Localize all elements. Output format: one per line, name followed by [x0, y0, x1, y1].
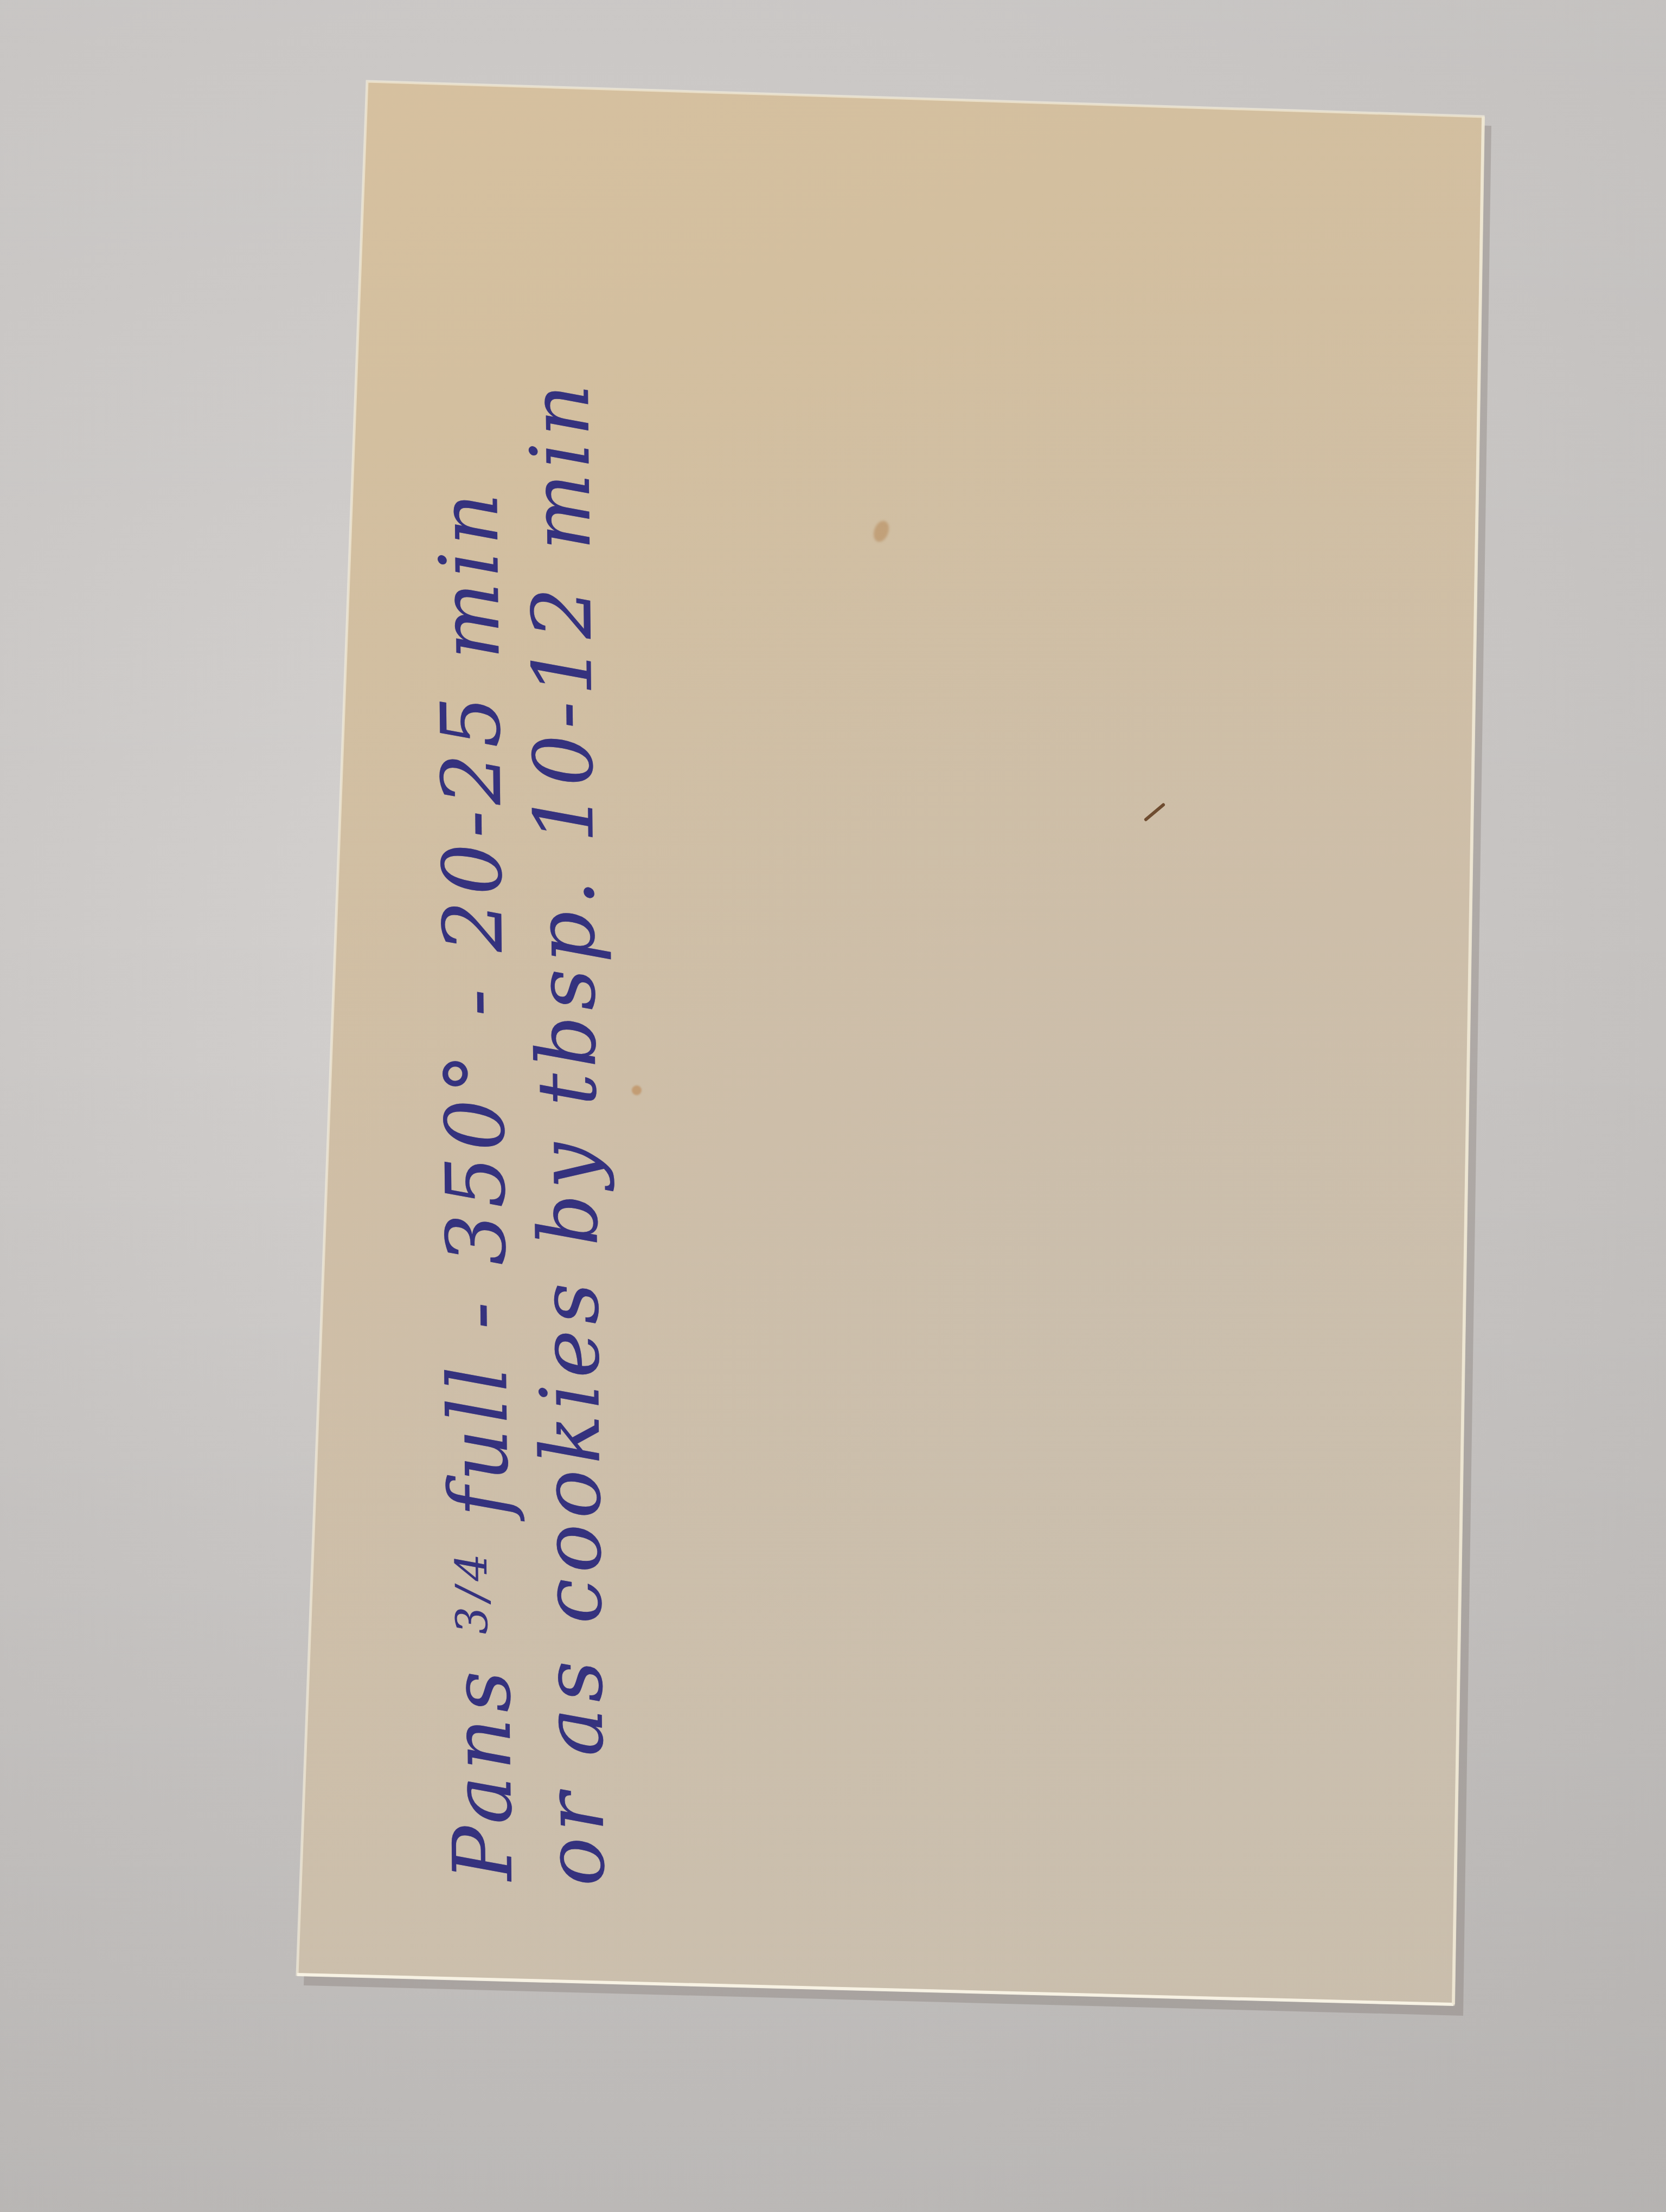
- line-1-rest: full - 350° - 20-25 min: [422, 487, 527, 1517]
- word-pans: Pans: [434, 1665, 531, 1881]
- handwritten-line-2: or as cookies by tbsp. 10-12 min: [513, 378, 623, 1887]
- recipe-card: [0, 0, 1666, 2212]
- fraction: 3/4: [446, 1548, 498, 1635]
- stain-spot: [632, 1085, 642, 1095]
- handwritten-line-1: Pans 3/4 full - 350° - 20-25 min: [422, 487, 531, 1881]
